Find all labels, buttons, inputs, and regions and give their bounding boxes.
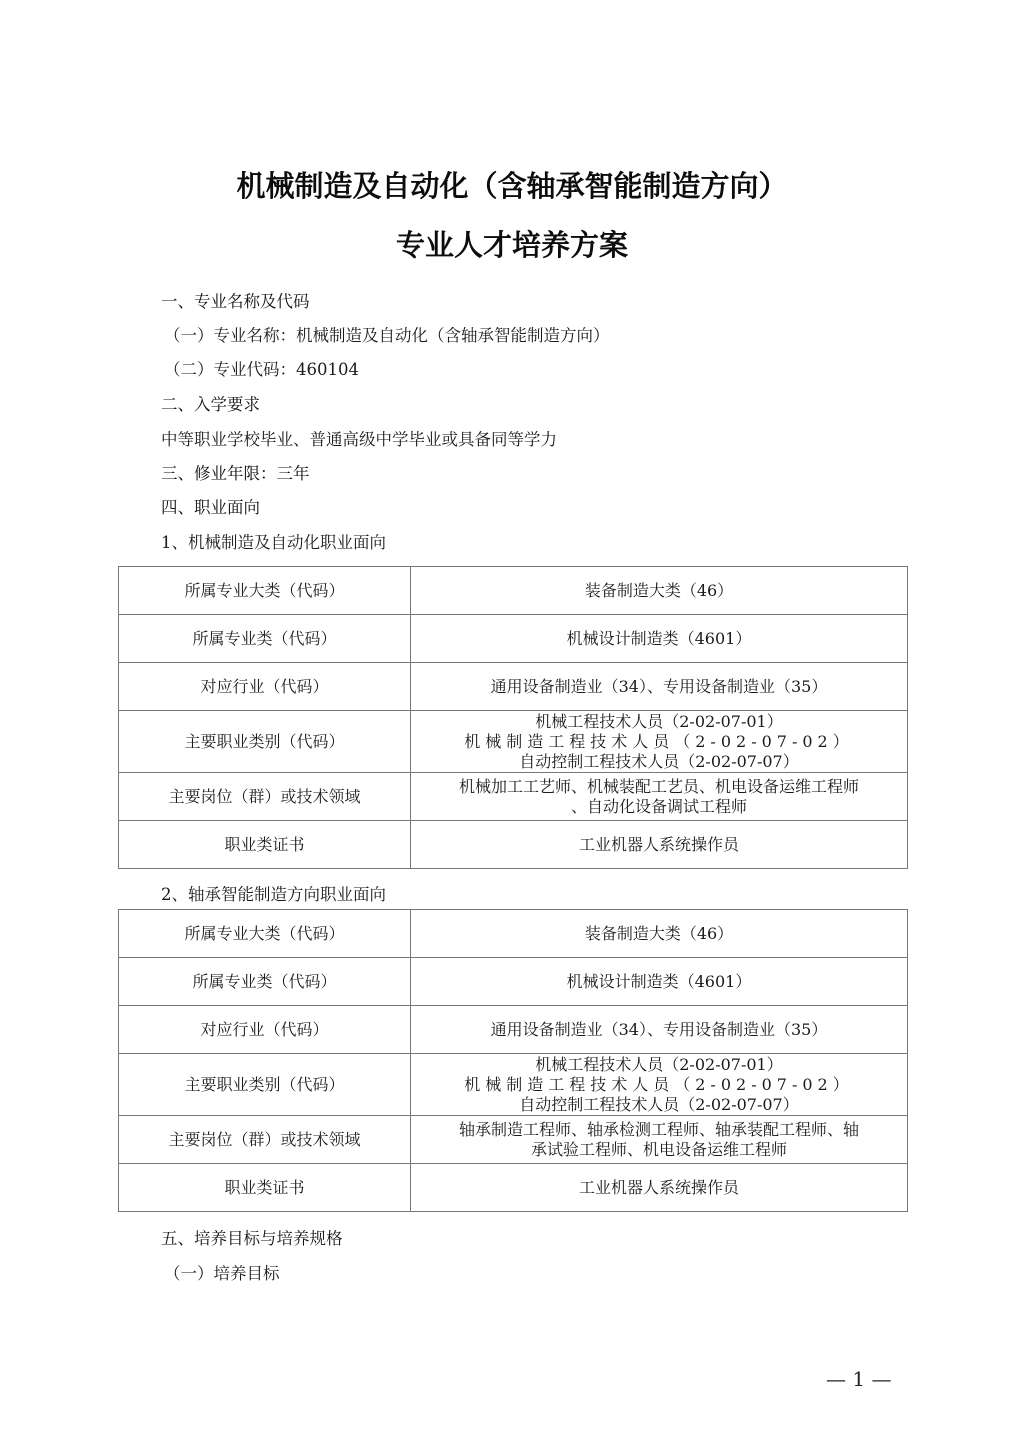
table-row: 职业类证书 工业机器人系统操作员 [119, 821, 908, 869]
value-line: 自动控制工程技术人员（2-02-07-07） [417, 1095, 901, 1115]
subsection-training-goal: （一）培养目标 [164, 1263, 280, 1285]
row-key: 所属专业大类（代码） [119, 910, 411, 958]
value-line: 机械工程技术人员（2-02-07-01） [417, 712, 901, 732]
row-key: 主要职业类别（代码） [119, 711, 411, 773]
value-line: 机械工程技术人员（2-02-07-01） [417, 1055, 901, 1075]
subsection-2-title: 2、轴承智能制造方向职业面向 [161, 884, 386, 906]
value-line: 机械制造工程技术人员（2-02-07-02） [417, 732, 901, 752]
row-key: 对应行业（代码） [119, 663, 411, 711]
table-row: 所属专业大类（代码） 装备制造大类（46） [119, 910, 908, 958]
row-value: 通用设备制造业（34）、专用设备制造业（35） [411, 1006, 908, 1054]
table-row: 主要职业类别（代码） 机械工程技术人员（2-02-07-01） 机械制造工程技术… [119, 1054, 908, 1116]
value-line: 、自动化设备调试工程师 [417, 797, 901, 817]
document-title-line-1: 机械制造及自动化（含轴承智能制造方向） [0, 168, 1024, 204]
row-value: 装备制造大类（46） [411, 910, 908, 958]
section-2-heading: 二、入学要求 [161, 394, 260, 416]
row-key: 主要职业类别（代码） [119, 1054, 411, 1116]
row-value: 工业机器人系统操作员 [411, 821, 908, 869]
section-4-heading: 四、职业面向 [161, 497, 260, 519]
table-row: 对应行业（代码） 通用设备制造业（34）、专用设备制造业（35） [119, 1006, 908, 1054]
page-number: — 1 — [826, 1368, 891, 1390]
row-value: 机械工程技术人员（2-02-07-01） 机械制造工程技术人员（2-02-07-… [411, 1054, 908, 1116]
row-value: 通用设备制造业（34）、专用设备制造业（35） [411, 663, 908, 711]
row-value: 工业机器人系统操作员 [411, 1164, 908, 1212]
section-3-heading: 三、修业年限：三年 [161, 463, 310, 485]
admission-requirement: 中等职业学校毕业、普通高级中学毕业或具备同等学力 [161, 429, 557, 451]
row-value: 机械设计制造类（4601） [411, 958, 908, 1006]
value-line: 机械加工工艺师、机械装配工艺员、机电设备运维工程师 [417, 777, 901, 797]
row-key: 对应行业（代码） [119, 1006, 411, 1054]
value-line: 自动控制工程技术人员（2-02-07-07） [417, 752, 901, 772]
value-line: 轴承制造工程师、轴承检测工程师、轴承装配工程师、轴 [417, 1120, 901, 1140]
section-5-heading: 五、培养目标与培养规格 [161, 1228, 343, 1250]
table-row: 主要职业类别（代码） 机械工程技术人员（2-02-07-01） 机械制造工程技术… [119, 711, 908, 773]
table-row: 所属专业类（代码） 机械设计制造类（4601） [119, 958, 908, 1006]
subsection-1-title: 1、机械制造及自动化职业面向 [161, 532, 386, 554]
row-key: 所属专业大类（代码） [119, 567, 411, 615]
row-value: 机械加工工艺师、机械装配工艺员、机电设备运维工程师 、自动化设备调试工程师 [411, 773, 908, 821]
row-key: 所属专业类（代码） [119, 958, 411, 1006]
table-row: 主要岗位（群）或技术领域 轴承制造工程师、轴承检测工程师、轴承装配工程师、轴 承… [119, 1116, 908, 1164]
row-value: 轴承制造工程师、轴承检测工程师、轴承装配工程师、轴 承试验工程师、机电设备运维工… [411, 1116, 908, 1164]
major-code: （二）专业代码：460104 [164, 359, 359, 381]
occupation-table-1: 所属专业大类（代码） 装备制造大类（46） 所属专业类（代码） 机械设计制造类（… [118, 566, 908, 869]
row-key: 所属专业类（代码） [119, 615, 411, 663]
occupation-table-2: 所属专业大类（代码） 装备制造大类（46） 所属专业类（代码） 机械设计制造类（… [118, 909, 908, 1212]
row-key: 职业类证书 [119, 821, 411, 869]
row-key: 主要岗位（群）或技术领域 [119, 1116, 411, 1164]
row-value: 装备制造大类（46） [411, 567, 908, 615]
row-key: 主要岗位（群）或技术领域 [119, 773, 411, 821]
table-row: 所属专业类（代码） 机械设计制造类（4601） [119, 615, 908, 663]
value-line: 承试验工程师、机电设备运维工程师 [417, 1140, 901, 1160]
row-value: 机械工程技术人员（2-02-07-01） 机械制造工程技术人员（2-02-07-… [411, 711, 908, 773]
table-row: 所属专业大类（代码） 装备制造大类（46） [119, 567, 908, 615]
table-row: 职业类证书 工业机器人系统操作员 [119, 1164, 908, 1212]
value-line: 机械制造工程技术人员（2-02-07-02） [417, 1075, 901, 1095]
row-key: 职业类证书 [119, 1164, 411, 1212]
table-row: 主要岗位（群）或技术领域 机械加工工艺师、机械装配工艺员、机电设备运维工程师 、… [119, 773, 908, 821]
section-1-heading: 一、专业名称及代码 [161, 291, 310, 313]
row-value: 机械设计制造类（4601） [411, 615, 908, 663]
major-name: （一）专业名称：机械制造及自动化（含轴承智能制造方向） [164, 325, 610, 347]
document-title-line-2: 专业人才培养方案 [0, 227, 1024, 263]
table-row: 对应行业（代码） 通用设备制造业（34）、专用设备制造业（35） [119, 663, 908, 711]
